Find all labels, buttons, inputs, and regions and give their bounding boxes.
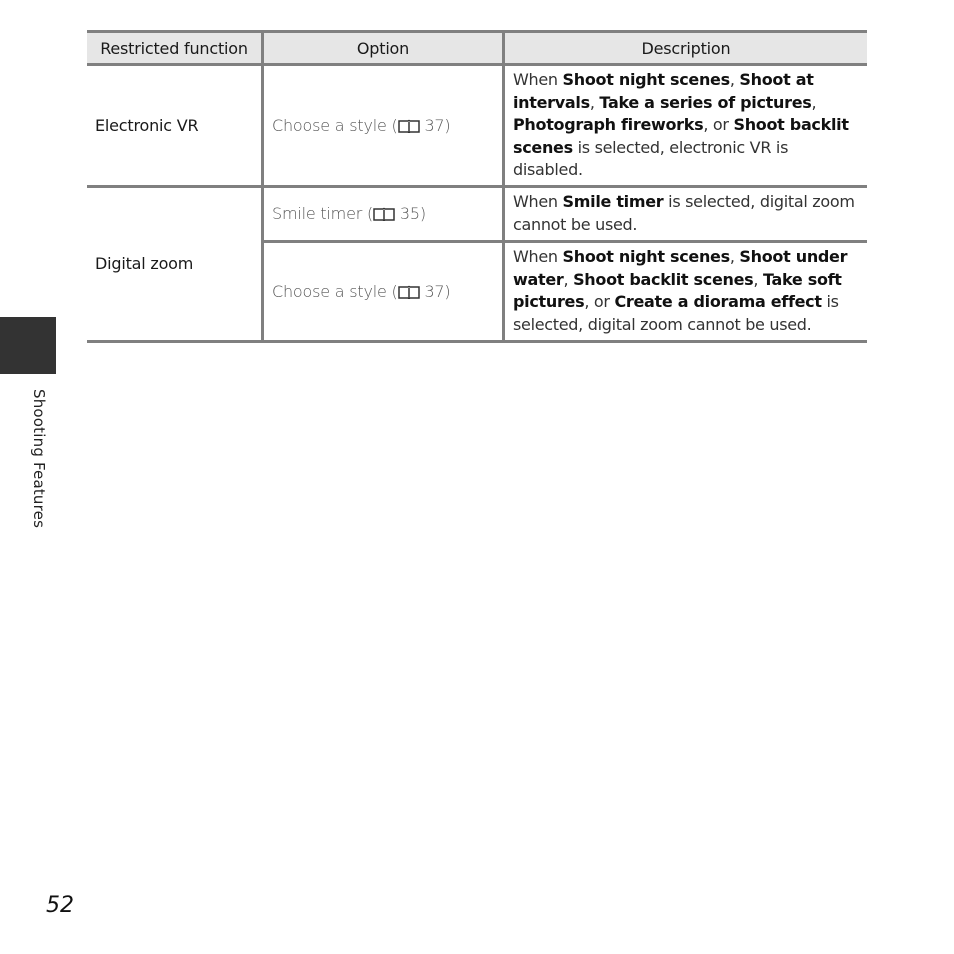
option-cell: Smile timer ( 35) <box>263 186 504 241</box>
setting-name: Shoot night scenes <box>563 247 730 266</box>
setting-name: Create a diorama effect <box>614 292 821 311</box>
setting-name: Photograph fireworks <box>513 115 703 134</box>
setting-name: Shoot backlit scenes <box>573 270 753 289</box>
header-restricted-function: Restricted function <box>87 32 263 65</box>
table-header-row: Restricted function Option Description <box>87 32 867 65</box>
description-cell: When Shoot night scenes, Shoot at interv… <box>504 65 868 187</box>
description-text: , <box>730 247 740 266</box>
description-text: , <box>590 93 600 112</box>
function-cell: Electronic VR <box>87 65 263 187</box>
book-icon[interactable] <box>373 206 395 220</box>
description-text: , <box>730 70 740 89</box>
description-cell: When Shoot night scenes, Shoot under wat… <box>504 241 868 341</box>
function-cell: Digital zoom <box>87 186 263 341</box>
description-text: , or <box>703 115 733 134</box>
description-text: , <box>563 270 573 289</box>
restrictions-table: Restricted function Option Description E… <box>87 30 867 343</box>
option-cell: Choose a style ( 37) <box>263 65 504 187</box>
table-row: Digital zoom Smile timer ( 35) When Smil… <box>87 186 867 241</box>
setting-name: Take a series of pictures <box>599 93 811 112</box>
description-text: When <box>513 192 563 211</box>
option-text: Choose a style ( <box>272 116 398 135</box>
setting-name: Smile timer <box>563 192 664 211</box>
chapter-tab-block <box>0 317 56 374</box>
option-page-ref[interactable]: 37) <box>424 282 450 301</box>
option-page-ref[interactable]: 37) <box>424 116 450 135</box>
option-text: Choose a style ( <box>272 282 398 301</box>
description-text: When <box>513 247 563 266</box>
setting-name: Shoot night scenes <box>563 70 730 89</box>
description-text: , or <box>584 292 614 311</box>
option-cell: Choose a style ( 37) <box>263 241 504 341</box>
description-text: , <box>812 93 817 112</box>
table-row: Electronic VR Choose a style ( 37) When … <box>87 65 867 187</box>
description-text: When <box>513 70 563 89</box>
section-label: Shooting Features <box>30 389 48 528</box>
header-option: Option <box>263 32 504 65</box>
description-cell: When Smile timer is selected, digital zo… <box>504 186 868 241</box>
description-text: , <box>753 270 763 289</box>
book-icon[interactable] <box>398 118 420 132</box>
page-number: 52 <box>46 893 74 918</box>
book-icon[interactable] <box>398 284 420 298</box>
option-page-ref[interactable]: 35) <box>400 204 426 223</box>
header-description: Description <box>504 32 868 65</box>
option-text: Smile timer ( <box>272 204 373 223</box>
